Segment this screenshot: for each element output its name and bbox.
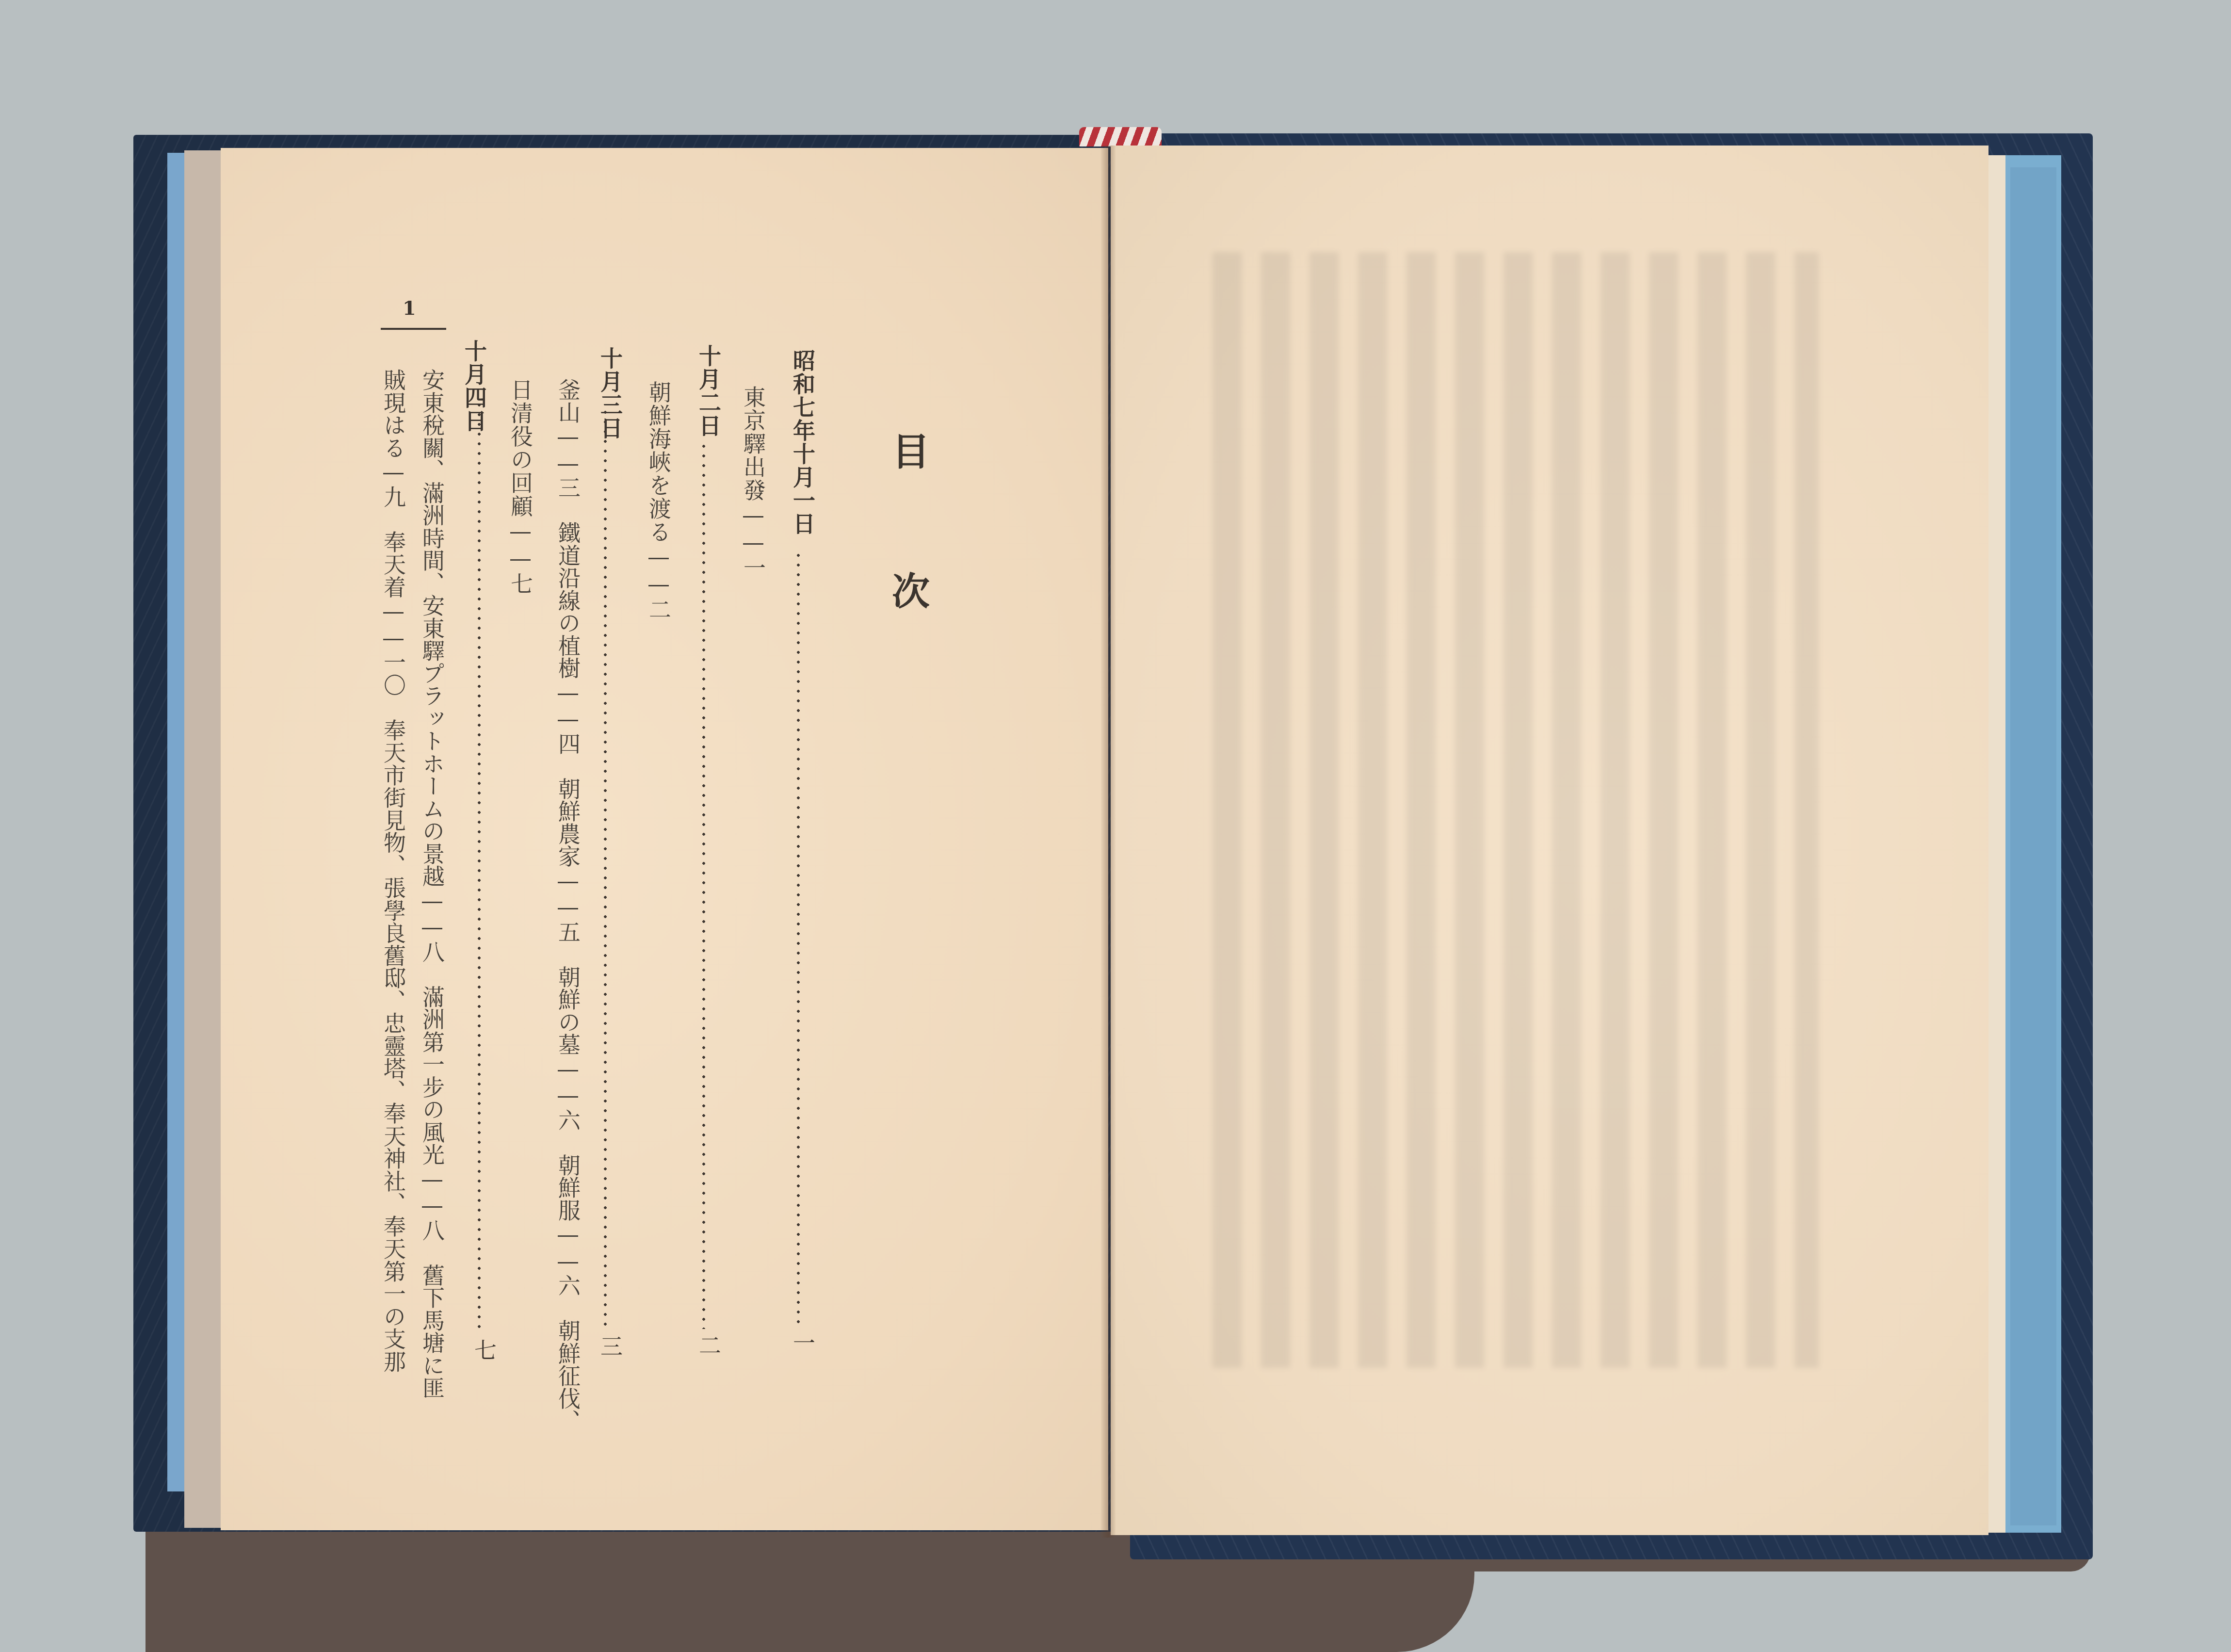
- endpaper-left: [167, 153, 187, 1491]
- toc-title: 目次: [880, 432, 935, 711]
- gutter: [1101, 146, 1115, 1538]
- dot-leader: [702, 441, 705, 1329]
- toc-heading-oct4[interactable]: 十月四日: [458, 340, 490, 433]
- left-page: [221, 148, 1108, 1530]
- headband: [1079, 127, 1162, 146]
- toc-page-number: 一: [787, 1331, 819, 1354]
- folio-number: 1: [403, 297, 416, 320]
- toc-heading-oct3[interactable]: 十月三日: [594, 347, 626, 440]
- toc-heading-oct1[interactable]: 昭和七年十月一日: [787, 349, 819, 535]
- page-edges-left: [184, 150, 223, 1528]
- folio-rule: [381, 328, 446, 330]
- toc-entry[interactable]: 東京驛出發——一: [737, 386, 769, 580]
- toc-entry[interactable]: 朝鮮海峽を渡る——二: [643, 381, 675, 621]
- dot-leader: [797, 551, 800, 1327]
- endpaper-right-inner: [2010, 167, 2056, 1525]
- dot-leader: [478, 400, 481, 1334]
- toc-heading-oct2[interactable]: 十月二日: [693, 344, 725, 437]
- toc-entry[interactable]: 安東稅關、滿洲時間、安東驛プラットホームの景越——八 滿洲第一步の風光——八 舊…: [416, 369, 448, 1399]
- dot-leader: [604, 407, 607, 1331]
- toc-entry[interactable]: 賊現はる—九 奉天着——一〇 奉天市街見物、張學良舊邸、忠靈塔、奉天神社、奉天第…: [377, 369, 409, 1373]
- toc-entry[interactable]: 釜山——三 鐵道沿線の植樹——四 朝鮮農家——五 朝鮮の墓——六 朝鮮服——六 …: [552, 378, 584, 1432]
- toc-page-number: 七: [468, 1339, 500, 1361]
- toc-page-number: 二: [693, 1334, 725, 1356]
- show-through-ghost-text: [1212, 252, 1819, 1368]
- toc-entry[interactable]: 日清役の回顧——七: [504, 378, 536, 596]
- toc-page-number: 三: [594, 1335, 626, 1357]
